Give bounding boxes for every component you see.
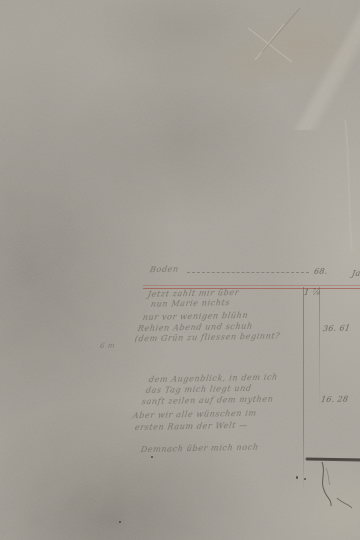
dark-speck [304, 478, 306, 480]
dark-speck [119, 521, 121, 523]
dark-speck [296, 476, 298, 479]
wall-photo: Boden Jetzt zahlt mir über nun Marie nic… [0, 0, 360, 540]
dark-speck [151, 456, 153, 458]
crack-and-scratch-marks [0, 0, 360, 540]
